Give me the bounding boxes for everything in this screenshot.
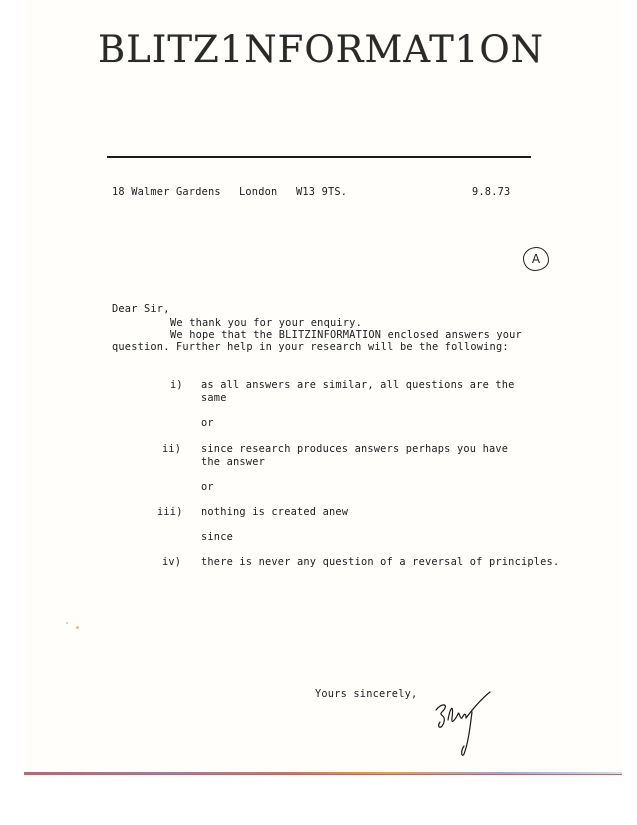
letter-date: 9.8.73	[472, 186, 510, 198]
paragraph-2-line-1: We hope that the BLITZINFORMATION enclos…	[170, 329, 522, 341]
paragraph-1: We thank you for your enquiry.	[170, 317, 362, 329]
letterhead-divider	[107, 156, 531, 158]
item-marker-iii: iii)	[157, 506, 183, 518]
item-i-line-1: as all answers are similar, all question…	[201, 379, 515, 391]
paper-speck	[66, 622, 68, 624]
circled-letter-annotation: A	[523, 247, 549, 271]
item-iii-line-1: nothing is created anew	[201, 506, 348, 518]
connector-or-1: or	[201, 417, 214, 429]
item-marker-i: i)	[170, 379, 183, 391]
item-marker-iv: iv)	[162, 556, 181, 568]
paper-speck	[76, 626, 79, 629]
item-marker-ii: ii)	[162, 443, 181, 455]
item-i-line-2: same	[201, 392, 227, 404]
salutation: Dear Sir,	[112, 303, 170, 315]
connector-since: since	[201, 531, 233, 543]
signature-icon	[428, 688, 498, 758]
item-iv-line-1: there is never any question of a reversa…	[201, 556, 559, 568]
address-street: 18 Walmer Gardens	[112, 186, 221, 198]
address-postcode: W13 9TS.	[296, 186, 347, 198]
valediction: Yours sincerely,	[315, 688, 417, 700]
paper-bottom-edge	[24, 772, 622, 774]
letterhead-title: BLITZ1NFORMAT1ON	[98, 28, 538, 71]
address-city: London	[239, 186, 277, 198]
connector-or-2: or	[201, 481, 214, 493]
item-ii-line-1: since research produces answers perhaps …	[201, 443, 508, 455]
item-ii-line-2: the answer	[201, 456, 265, 468]
paragraph-2-line-2: question. Further help in your research …	[112, 341, 509, 353]
